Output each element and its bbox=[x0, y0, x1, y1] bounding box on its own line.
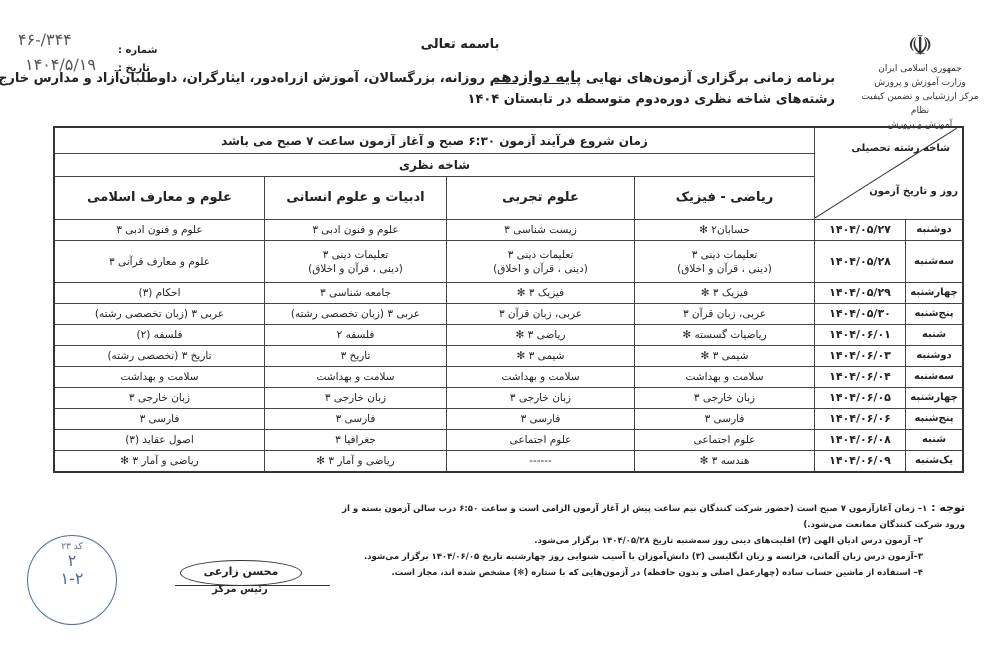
subject-cell: جامعه شناسی ۳ bbox=[265, 283, 447, 304]
day-cell: چهارشنبه bbox=[906, 388, 964, 409]
stamp-line: ۲ bbox=[28, 552, 116, 570]
subject-cell: عربی ۳ (زبان تخصصی رشته) bbox=[54, 304, 265, 325]
column-header-humanities: ادبیات و علوم انسانی bbox=[265, 177, 447, 220]
subject-cell: فارسی ۳ bbox=[635, 409, 815, 430]
table-row: سه‌شنبه۱۴۰۴/۰۵/۲۸تعلیمات دینی ۳ (دینی ، … bbox=[54, 241, 963, 283]
subject-cell: تاریخ ۳ bbox=[265, 346, 447, 367]
exam-schedule-table: شاخه رشته تحصیلی روز و تاریخ آزمون زمان … bbox=[53, 126, 964, 473]
subject-cell: هندسه ۳ ✻ bbox=[635, 451, 815, 472]
subject-cell: علوم اجتماعی bbox=[635, 430, 815, 451]
note-item: ۲– آزمون درس ادیان الهی (۳) اقلیت‌های دی… bbox=[330, 533, 965, 549]
subject-cell: احکام (۳) bbox=[54, 283, 265, 304]
time-note: زمان شروع فرآیند آزمون ۶:۳۰ صبح و آغاز آ… bbox=[54, 127, 815, 154]
emblem-icon: ☫ bbox=[900, 28, 940, 64]
column-header-experimental-sciences: علوم تجربی bbox=[447, 177, 635, 220]
day-cell: یک‌شنبه bbox=[906, 451, 964, 472]
table-row: دوشنبه۱۴۰۴/۰۶/۰۳شیمی ۳ ✻شیمی ۳ ✻تاریخ ۳ت… bbox=[54, 346, 963, 367]
subject-cell: زیست شناسی ۳ bbox=[447, 220, 635, 241]
signer-name: محسن زارعی bbox=[180, 560, 302, 586]
day-cell: شنبه bbox=[906, 430, 964, 451]
organization-block: جمهوری اسلامی ایران وزارت آموزش و پرورش … bbox=[855, 62, 985, 132]
date-cell: ۱۴۰۴/۰۶/۰۵ bbox=[815, 388, 906, 409]
subject-cell: علوم و معارف قرآنی ۳ bbox=[54, 241, 265, 283]
subject-cell: علوم و فنون ادبی ۳ bbox=[54, 220, 265, 241]
note-item: توجه : ۱– زمان آغازآزمون ۷ صبح است (حضور… bbox=[330, 500, 965, 533]
subject-cell: ریاضیات گسسته ✻ bbox=[635, 325, 815, 346]
subject-cell: سلامت و بهداشت bbox=[265, 367, 447, 388]
day-cell: سه‌شنبه bbox=[906, 367, 964, 388]
signer-title: رئیس مرکز bbox=[200, 584, 280, 595]
corner-top-label: شاخه رشته تحصیلی bbox=[851, 142, 950, 156]
basmala: باسمه تعالی bbox=[400, 37, 520, 52]
subject-cell: علوم و فنون ادبی ۳ bbox=[265, 220, 447, 241]
notes-lead: توجه : bbox=[927, 501, 965, 514]
subject-cell: زبان خارجی ۳ bbox=[635, 388, 815, 409]
day-cell: دوشنبه bbox=[906, 346, 964, 367]
grade-highlight: پایه دوازدهم bbox=[489, 68, 581, 86]
subject-cell: فارسی ۳ bbox=[265, 409, 447, 430]
note-item: ۴– استفاده از ماشین حساب ساده (چهارعمل ا… bbox=[330, 565, 965, 581]
subject-cell: شیمی ۳ ✻ bbox=[635, 346, 815, 367]
date-cell: ۱۴۰۴/۰۵/۲۷ bbox=[815, 220, 906, 241]
subject-cell: زبان خارجی ۳ bbox=[265, 388, 447, 409]
subject-cell: فارسی ۳ bbox=[54, 409, 265, 430]
subject-cell: ریاضی و آمار ۳ ✻ bbox=[265, 451, 447, 472]
official-stamp: کد ۲۳ ۲ ۱-۲ bbox=[27, 535, 117, 625]
subject-cell: تعلیمات دینی ۳ (دینی ، قرآن و اخلاق) bbox=[265, 241, 447, 283]
subject-cell: شیمی ۳ ✻ bbox=[447, 346, 635, 367]
title-line-2: رشته‌های شاخه نظری دوره‌دوم متوسطه در تا… bbox=[380, 92, 835, 107]
stamp-line: ۱-۲ bbox=[28, 570, 116, 588]
subject-cell: جغرافیا ۳ bbox=[265, 430, 447, 451]
day-cell: پنج‌شنبه bbox=[906, 409, 964, 430]
date-cell: ۱۴۰۴/۰۵/۲۹ bbox=[815, 283, 906, 304]
subject-cell: سلامت و بهداشت bbox=[447, 367, 635, 388]
subject-cell: عربی ۳ (زبان تخصصی رشته) bbox=[265, 304, 447, 325]
table-row: یک‌شنبه۱۴۰۴/۰۶/۰۹هندسه ۳ ✻------ریاضی و … bbox=[54, 451, 963, 472]
corner-header: شاخه رشته تحصیلی روز و تاریخ آزمون bbox=[815, 127, 964, 220]
title-line-1: برنامه زمانی برگزاری آزمون‌های نهایی پای… bbox=[165, 68, 835, 86]
subject-cell: اصول عقاید (۳) bbox=[54, 430, 265, 451]
table-row: دوشنبه۱۴۰۴/۰۵/۲۷حسابان۲ ✻زیست شناسی ۳علو… bbox=[54, 220, 963, 241]
title-text: روزانه، بزرگسالان، آموزش ازراه‌دور، ایثا… bbox=[0, 71, 489, 86]
subject-cell: سلامت و بهداشت bbox=[54, 367, 265, 388]
day-cell: شنبه bbox=[906, 325, 964, 346]
date-cell: ۱۴۰۴/۰۶/۰۹ bbox=[815, 451, 906, 472]
table-row: سه‌شنبه۱۴۰۴/۰۶/۰۴سلامت و بهداشتسلامت و ب… bbox=[54, 367, 963, 388]
subject-cell: سلامت و بهداشت bbox=[635, 367, 815, 388]
subject-cell: ریاضی و آمار ۳ ✻ bbox=[54, 451, 265, 472]
notes-section: توجه : ۱– زمان آغازآزمون ۷ صبح است (حضور… bbox=[330, 500, 965, 581]
table-row: پنج‌شنبه۱۴۰۴/۰۶/۰۶فارسی ۳فارسی ۳فارسی ۳ف… bbox=[54, 409, 963, 430]
day-cell: دوشنبه bbox=[906, 220, 964, 241]
day-cell: چهارشنبه bbox=[906, 283, 964, 304]
date-cell: ۱۴۰۴/۰۶/۰۴ bbox=[815, 367, 906, 388]
table-row: شنبه۱۴۰۴/۰۶/۰۸علوم اجتماعیعلوم اجتماعیجغ… bbox=[54, 430, 963, 451]
date-cell: ۱۴۰۴/۰۶/۰۳ bbox=[815, 346, 906, 367]
subject-cell: فلسفه (۲) bbox=[54, 325, 265, 346]
subject-cell: فلسفه ۲ bbox=[265, 325, 447, 346]
column-header-math-physics: ریاضی - فیزیک bbox=[635, 177, 815, 220]
subject-cell: فیزیک ۳ ✻ bbox=[447, 283, 635, 304]
subject-cell: تاریخ ۳ (تخصصی رشته) bbox=[54, 346, 265, 367]
date-cell: ۱۴۰۴/۰۶/۰۶ bbox=[815, 409, 906, 430]
day-cell: پنج‌شنبه bbox=[906, 304, 964, 325]
subject-cell: ------ bbox=[447, 451, 635, 472]
number-value: ۴۶-/۳۴۴ bbox=[18, 30, 72, 49]
column-header-islamic-studies: علوم و معارف اسلامی bbox=[54, 177, 265, 220]
subject-cell: علوم اجتماعی bbox=[447, 430, 635, 451]
subject-cell: فارسی ۳ bbox=[447, 409, 635, 430]
subject-cell: ریاضی ۳ ✻ bbox=[447, 325, 635, 346]
subject-cell: عربی، زبان قرآن ۳ bbox=[447, 304, 635, 325]
branch-header: شاخه نظری bbox=[54, 154, 815, 177]
subject-cell: زبان خارجی ۳ bbox=[447, 388, 635, 409]
subject-cell: فیزیک ۳ ✻ bbox=[635, 283, 815, 304]
table-row: شنبه۱۴۰۴/۰۶/۰۱ریاضیات گسسته ✻ریاضی ۳ ✻فل… bbox=[54, 325, 963, 346]
org-line: وزارت آموزش و پرورش bbox=[855, 76, 985, 90]
subject-cell: عربی، زبان قرآن ۳ bbox=[635, 304, 815, 325]
date-cell: ۱۴۰۴/۰۶/۰۱ bbox=[815, 325, 906, 346]
subject-cell: تعلیمات دینی ۳ (دینی ، قرآن و اخلاق) bbox=[635, 241, 815, 283]
table-row: پنج‌شنبه۱۴۰۴/۰۵/۳۰عربی، زبان قرآن ۳عربی،… bbox=[54, 304, 963, 325]
org-line: جمهوری اسلامی ایران bbox=[855, 62, 985, 76]
note-text: ۱– زمان آغازآزمون ۷ صبح است (حضور شرکت ک… bbox=[342, 504, 965, 530]
table-row: چهارشنبه۱۴۰۴/۰۵/۲۹فیزیک ۳ ✻فیزیک ۳ ✻جامع… bbox=[54, 283, 963, 304]
date-cell: ۱۴۰۴/۰۵/۳۰ bbox=[815, 304, 906, 325]
title-text: برنامه زمانی برگزاری آزمون‌های نهایی bbox=[581, 71, 835, 86]
corner-bottom-label: روز و تاریخ آزمون bbox=[869, 185, 958, 199]
subject-cell: حسابان۲ ✻ bbox=[635, 220, 815, 241]
subject-cell: تعلیمات دینی ۳ (دینی ، قرآن و اخلاق) bbox=[447, 241, 635, 283]
date-cell: ۱۴۰۴/۰۵/۲۸ bbox=[815, 241, 906, 283]
table-row: چهارشنبه۱۴۰۴/۰۶/۰۵زبان خارجی ۳زبان خارجی… bbox=[54, 388, 963, 409]
day-cell: سه‌شنبه bbox=[906, 241, 964, 283]
date-cell: ۱۴۰۴/۰۶/۰۸ bbox=[815, 430, 906, 451]
note-item: ۳–آزمون درس زبان آلمانی، فرانسه و زبان ا… bbox=[330, 549, 965, 565]
subject-cell: زبان خارجی ۳ bbox=[54, 388, 265, 409]
org-line: مرکز ارزشیابی و تضمین کیفیت نظام bbox=[855, 90, 985, 118]
number-label: شماره : bbox=[118, 45, 157, 56]
